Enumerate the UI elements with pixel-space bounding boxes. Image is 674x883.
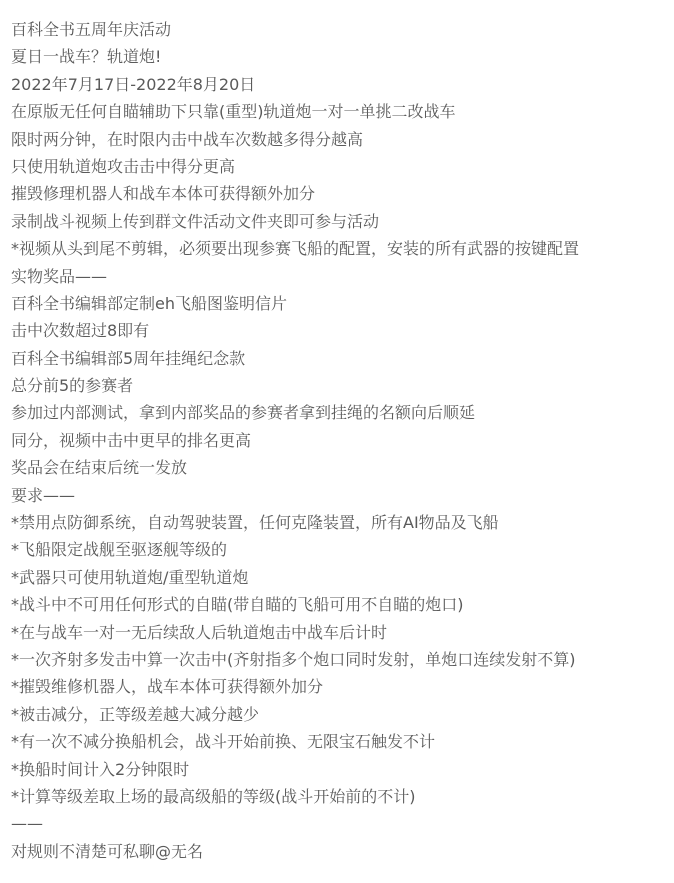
requirement-line: *在与战车一对一无后续敌人后轨道炮击中战车后计时 — [11, 619, 671, 646]
prize-line: 百科全书编辑部定制eh飞船图鉴明信片 — [11, 290, 671, 317]
requirement-line: *计算等级差取上场的最高级船的等级(战斗开始前的不计) — [11, 783, 671, 810]
requirement-line: *被击减分，正等级差越大减分越少 — [11, 701, 671, 728]
intro-line: 录制战斗视频上传到群文件活动文件夹即可参与活动 — [11, 208, 671, 235]
section-divider: —— — [11, 810, 671, 837]
prize-line: 击中次数超过8即有 — [11, 317, 671, 344]
requirement-line: *摧毁维修机器人，战车本体可获得额外加分 — [11, 673, 671, 700]
requirement-line: *一次齐射多发击中算一次击中(齐射指多个炮口同时发射，单炮口连续发射不算) — [11, 646, 671, 673]
prize-line: 总分前5的参赛者 — [11, 372, 671, 399]
document-subtitle: 夏日一战车？轨道炮! — [11, 43, 671, 70]
requirement-line: *有一次不减分换船机会，战斗开始前换、无限宝石触发不计 — [11, 728, 671, 755]
requirements-header: 要求—— — [11, 482, 671, 509]
requirement-line: *飞船限定战舰至驱逐舰等级的 — [11, 536, 671, 563]
intro-line: 摧毁修理机器人和战车本体可获得额外加分 — [11, 180, 671, 207]
requirement-line: *禁用点防御系统，自动驾驶装置，任何克隆装置，所有AI物品及飞船 — [11, 509, 671, 536]
prize-line: 参加过内部测试，拿到内部奖品的参赛者拿到挂绳的名额向后顺延 — [11, 399, 671, 426]
prize-line: 奖品会在结束后统一发放 — [11, 454, 671, 481]
requirement-line: *换船时间计入2分钟限时 — [11, 756, 671, 783]
document-title: 百科全书五周年庆活动 — [11, 16, 671, 43]
requirement-line: *战斗中不可用任何形式的自瞄(带自瞄的飞船可用不自瞄的炮口) — [11, 591, 671, 618]
contact-line: 对规则不清楚可私聊@无名 — [11, 838, 671, 865]
announcement-document: 百科全书五周年庆活动 夏日一战车？轨道炮! 2022年7月17日-2022年8月… — [11, 16, 671, 865]
intro-note: *视频从头到尾不剪辑，必须要出现参赛飞船的配置，安装的所有武器的按键配置 — [11, 235, 671, 262]
prizes-header: 实物奖品—— — [11, 263, 671, 290]
prize-line: 同分，视频中击中更早的排名更高 — [11, 427, 671, 454]
prize-line: 百科全书编辑部5周年挂绳纪念款 — [11, 345, 671, 372]
intro-line: 只使用轨道炮攻击击中得分更高 — [11, 153, 671, 180]
intro-line: 限时两分钟，在时限内击中战车次数越多得分越高 — [11, 126, 671, 153]
requirement-line: *武器只可使用轨道炮/重型轨道炮 — [11, 564, 671, 591]
intro-line: 在原版无任何自瞄辅助下只靠(重型)轨道炮一对一单挑二改战车 — [11, 98, 671, 125]
event-date-range: 2022年7月17日-2022年8月20日 — [11, 71, 671, 98]
